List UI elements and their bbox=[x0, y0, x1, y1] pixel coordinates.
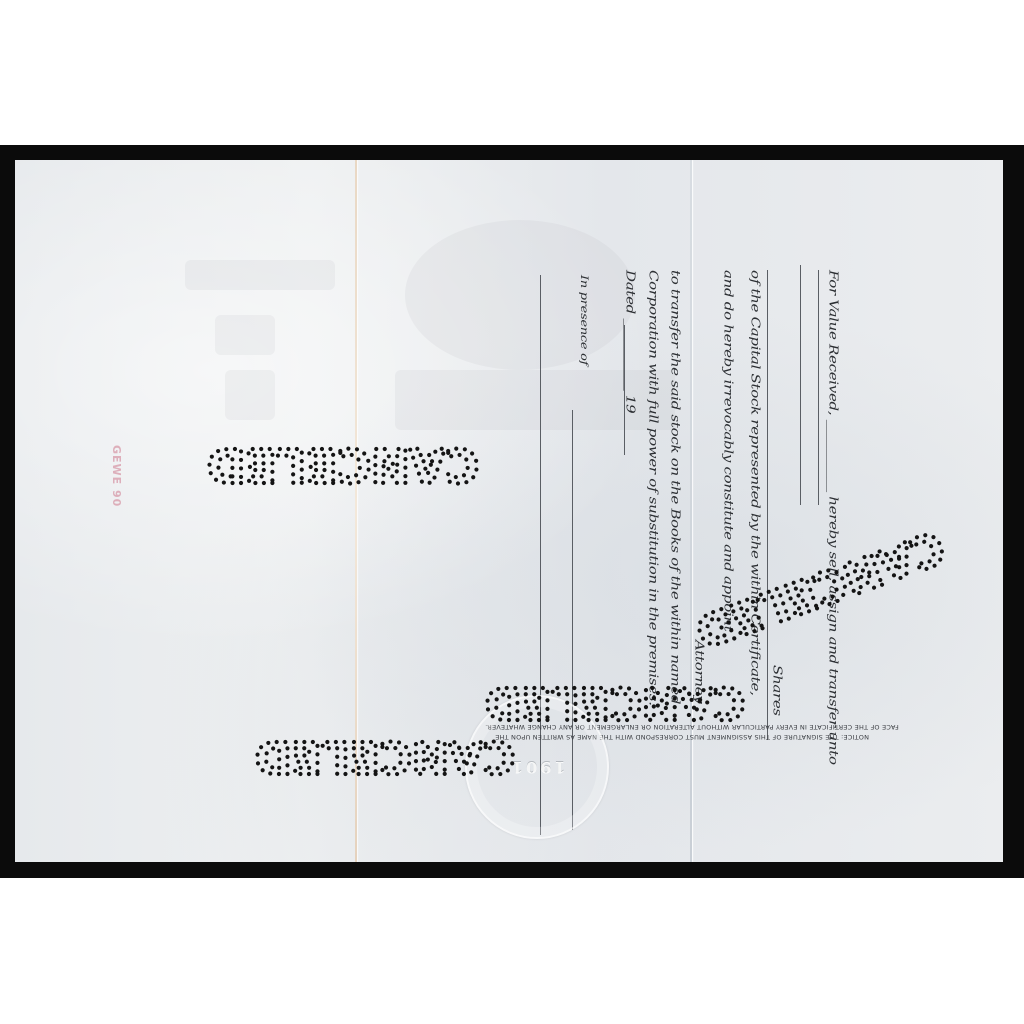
perforation-canceled-2: CANCELED bbox=[689, 520, 951, 657]
certificate-paper: For Value Received, __________ hereby se… bbox=[15, 160, 1003, 862]
perforation-layer: CANCELED CANCELED CANCELED CANCELED bbox=[15, 160, 1003, 862]
perforation-canceled-3: CANCELED bbox=[485, 677, 745, 728]
perforation-canceled-4: CANCELED bbox=[255, 731, 515, 782]
perforation-canceled-1: CANCELED bbox=[207, 438, 479, 492]
